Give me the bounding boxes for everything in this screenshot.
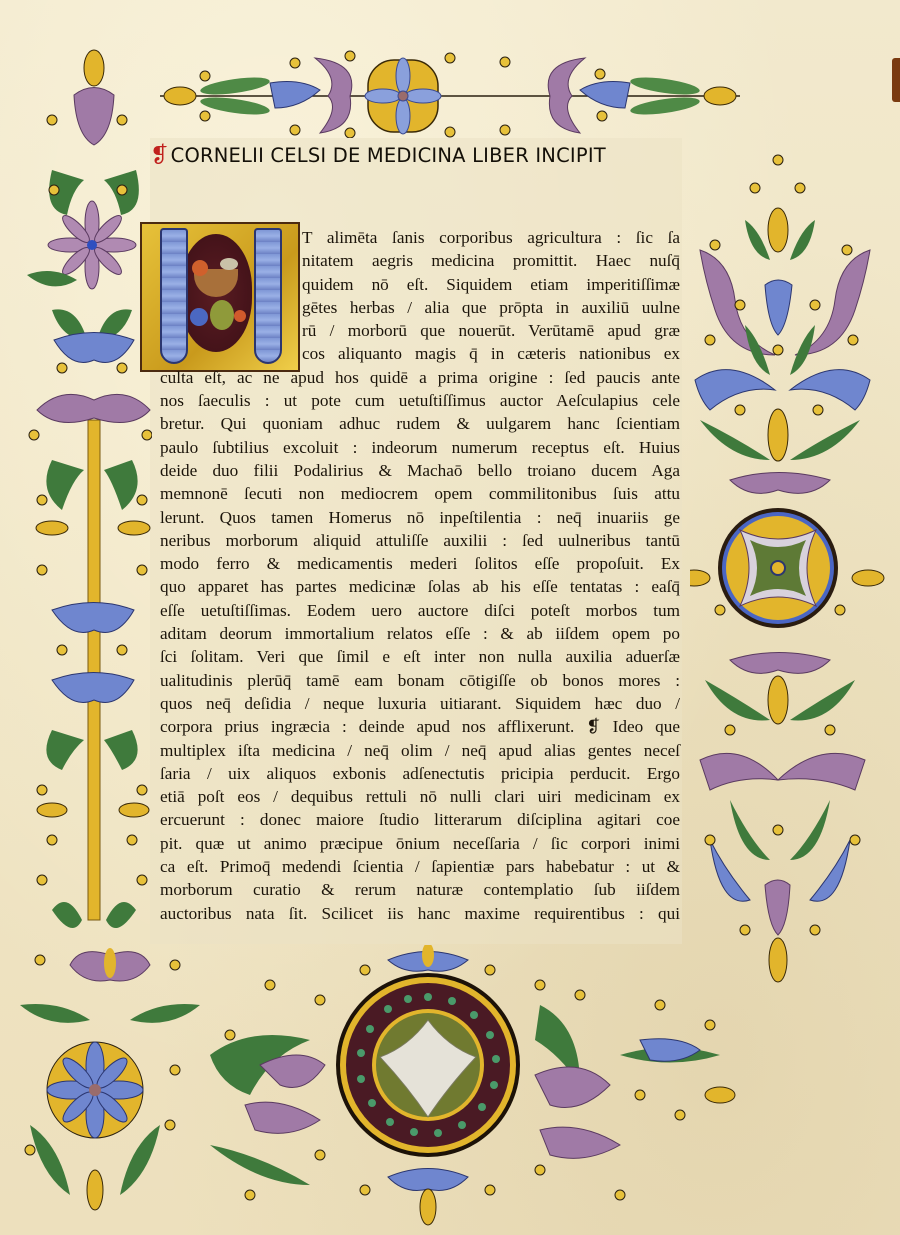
blue-rosette-icon <box>47 1042 143 1138</box>
floral-vine-right-icon <box>690 140 890 1000</box>
text-line: rū / morborū que nouerūt. Verūtamē apud … <box>302 319 680 342</box>
text-line: multiplex iſta medicina / neq̄ olim / ne… <box>160 739 680 762</box>
text-line: gētes herbas / alia que prōpta in auxili… <box>302 296 680 319</box>
text-line: T alimēta ſanis corporibus agricultura :… <box>302 226 680 249</box>
floral-vine-left-icon <box>22 40 152 960</box>
text-line: ercuerunt : donec maiore ſtudio litterar… <box>160 808 680 831</box>
text-line: ſci ſolitam. Veri que ſimil e eſt inter … <box>160 645 680 668</box>
text-line: ca eſt. Primoq̄ medendi ſcientia / ſapie… <box>160 855 680 878</box>
floral-vine-bottom-icon <box>20 945 780 1230</box>
page-edge-tab <box>892 58 900 102</box>
text-line: culta eſt, ac ne apud hos quidē a prima … <box>160 366 680 389</box>
text-line: paulo ſubtilius excoluit : indeorum nume… <box>160 436 680 459</box>
heading-title: CORNELII CELSI DE MEDICINA LIBER INCIPIT <box>171 144 606 167</box>
text-line: quidem nō eſt. Siquidem etiam imperitiſſ… <box>302 273 680 296</box>
text-line: bretur. Qui quoniam adhuc rudem & uulgar… <box>160 412 680 435</box>
page-heading: ❡CORNELII CELSI DE MEDICINA LIBER INCIPI… <box>150 140 680 172</box>
floral-vine-top-icon <box>150 38 750 138</box>
text-line: ſaria / uix aliquos exbonis adſenectutis… <box>160 762 680 785</box>
paragraph-mark: ❡ <box>150 143 169 168</box>
body-text: T alimēta ſanis corporibus agricultura :… <box>160 226 680 925</box>
manuscript-page: ❡CORNELII CELSI DE MEDICINA LIBER INCIPI… <box>0 0 900 1235</box>
text-line: etiā poſt eos / dequibus rettuli nō null… <box>160 785 680 808</box>
quatrefoil-medallion-icon <box>718 508 838 628</box>
text-line: modo ferro & medicamentis mederi ſolitos… <box>160 552 680 575</box>
text-line: morborum curatio & rerum naturæ contempl… <box>160 878 680 901</box>
text-line: ualitudinis plerūq̄ tamē eam bonam cōtig… <box>160 669 680 692</box>
text-line: auctoribus nata ſit. Scilicet iis hanc m… <box>160 902 680 925</box>
text-line: nitatem aegris medicina promittit. Haec … <box>302 249 680 272</box>
text-line: corpora prius ingræcia : deinde apud nos… <box>160 715 680 738</box>
text-line: memnonē ſecuti non mediocrem opem commil… <box>160 482 680 505</box>
coat-of-arms-blank-shield-icon <box>336 973 520 1157</box>
text-line: quo apparet has partes medicinæ ſolas ab… <box>160 575 680 598</box>
text-line: pit. quæ ut animo præcipue ōnium neceſſa… <box>160 832 680 855</box>
text-line: quos neq̄ deſidia / neque luxuria uitiar… <box>160 692 680 715</box>
text-line: lerunt. Quos tamen Homerus nō inpeſtilen… <box>160 506 680 529</box>
text-line: nos ſaeculis : ut pote cum uetuſtiſſimus… <box>160 389 680 412</box>
text-line: cos aliquanto magis q̄ in cæteris nation… <box>302 342 680 365</box>
text-line: deide duo filii Podalirius & Machaō bell… <box>160 459 680 482</box>
text-line: aditam deorum immortalium relatos eſſe :… <box>160 622 680 645</box>
text-line: neribus morborum aliquid attuliſſe auxil… <box>160 529 680 552</box>
text-line: eſſe uetuſtiſſimas. Eodem uero auctore d… <box>160 599 680 622</box>
